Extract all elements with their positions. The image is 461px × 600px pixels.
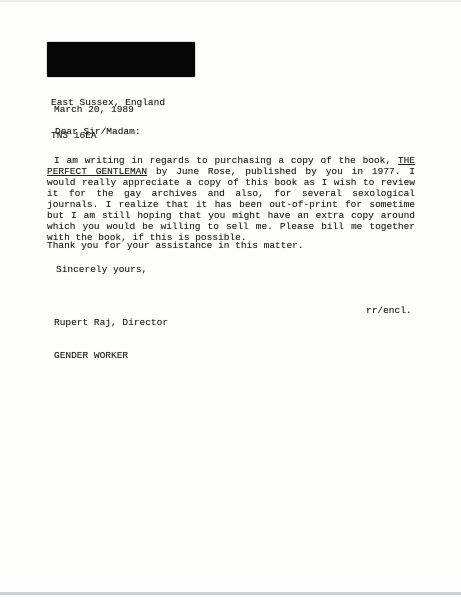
underlined-book-title: THE bbox=[398, 155, 415, 166]
redacted-address-block bbox=[47, 42, 195, 77]
salutation: Dear Sir/Madam: bbox=[55, 126, 141, 137]
scanned-letter-page: East Sussex, England TN3 16EA March 20, … bbox=[0, 0, 461, 600]
body-text: journals. I realize that it has been out… bbox=[47, 199, 415, 210]
scan-edge-bottom bbox=[0, 592, 461, 595]
thank-you-line: Thank you for your assistance in this ma… bbox=[47, 240, 304, 251]
signer-name-title: Rupert Raj, Director bbox=[54, 317, 168, 328]
reference-initials: rr/encl. bbox=[366, 305, 412, 316]
body-paragraph: I am writing in regards to purchasing a … bbox=[47, 155, 415, 243]
body-text: it for the gay archives and also, for se… bbox=[47, 188, 415, 199]
body-line: journals. I realize that it has been out… bbox=[47, 199, 415, 210]
signature-block: Rupert Raj, Director GENDER WORKER bbox=[54, 295, 168, 383]
date-line: March 20, 1989 bbox=[54, 104, 134, 115]
body-text: by June Rose, published by you in 1977. … bbox=[147, 166, 415, 177]
underlined-book-title: PERFECT GENTLEMAN bbox=[47, 166, 147, 177]
body-line: I am writing in regards to purchasing a … bbox=[47, 155, 415, 166]
sender-address-block: East Sussex, England TN3 16EA bbox=[51, 75, 165, 163]
signer-organization: GENDER WORKER bbox=[54, 350, 168, 361]
body-text: I am writing in regards to purchasing a … bbox=[54, 155, 398, 166]
body-line: it for the gay archives and also, for se… bbox=[47, 188, 415, 199]
body-line: which you would be willing to sell me. P… bbox=[47, 221, 415, 232]
body-text: which you would be willing to sell me. P… bbox=[47, 221, 415, 232]
closing-line: Sincerely yours, bbox=[56, 264, 147, 275]
scan-edge-top bbox=[0, 0, 461, 2]
body-line: but I am still hoping that you might hav… bbox=[47, 210, 415, 221]
body-text: but I am still hoping that you might hav… bbox=[47, 210, 415, 221]
body-text: would really appreciate a copy of this b… bbox=[47, 177, 415, 188]
body-line: would really appreciate a copy of this b… bbox=[47, 177, 415, 188]
body-line: PERFECT GENTLEMAN by June Rose, publishe… bbox=[47, 166, 415, 177]
